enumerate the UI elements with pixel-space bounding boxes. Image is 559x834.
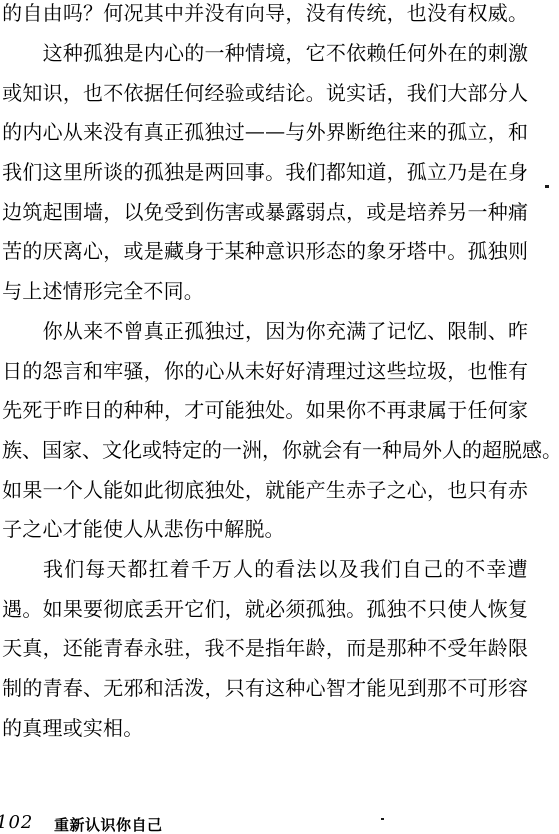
page-footer: 102 重新认识你自己 xyxy=(0,811,559,834)
text-line: 日的怨言和牢骚，你的心从未好好清理过这些垃圾，也惟有 xyxy=(2,349,528,389)
text-line: 遇。如果要彻底丢开它们，就必须孤独。孤独不只使人恢复 xyxy=(2,587,528,627)
book-page: 的自由吗？何况其中并没有向导，没有传统，也没有权威。 这种孤独是内心的一种情境，… xyxy=(0,0,559,834)
text-line: 我们这里所谈的孤独是两回事。我们都知道，孤立乃是在身 xyxy=(2,151,528,191)
text-line: 我们每天都扛着千万人的看法以及我们自己的不幸遭 xyxy=(2,548,528,588)
text-line: 的自由吗？何况其中并没有向导，没有传统，也没有权威。 xyxy=(2,0,528,32)
text-line: 的真理或实相。 xyxy=(2,706,528,746)
text-line: 与上述情形完全不同。 xyxy=(2,270,528,310)
text-line: 天真，还能青春永驻，我不是指年龄，而是那种不受年龄限 xyxy=(2,627,528,667)
text-line: 边筑起围墙，以免受到伤害或暴露弱点，或是培养另一种痛 xyxy=(2,190,528,230)
text-line: 苦的厌离心，或是藏身于某种意识形态的象牙塔中。孤独则 xyxy=(2,230,528,270)
text-line: 这种孤独是内心的一种情境，它不依赖任何外在的刺激 xyxy=(2,32,528,72)
body-text: 的自由吗？何况其中并没有向导，没有传统，也没有权威。 这种孤独是内心的一种情境，… xyxy=(2,0,528,746)
text-line: 族、国家、文化或特定的一洲，你就会有一种局外人的超脱感。 xyxy=(2,429,528,469)
text-line: 如果一个人能如此彻底独处，就能产生赤子之心，也只有赤 xyxy=(2,468,528,508)
text-line: 的内心从来没有真正孤独过——与外界断绝往来的孤立，和 xyxy=(2,111,528,151)
text-line: 先死于昨日的种种，才可能独处。如果你不再隶属于任何家 xyxy=(2,389,528,429)
scan-speck xyxy=(381,818,384,820)
scan-speck xyxy=(545,185,549,188)
book-title: 重新认识你自己 xyxy=(54,814,163,834)
page-number: 102 xyxy=(0,812,33,833)
text-line: 子之心才能使人从悲伤中解脱。 xyxy=(2,508,528,548)
text-line: 制的青春、无邪和活泼，只有这种心智才能见到那不可形容 xyxy=(2,667,528,707)
text-line: 你从来不曾真正孤独过，因为你充满了记忆、限制、昨 xyxy=(2,310,528,350)
text-line: 或知识，也不依据任何经验或结论。说实话，我们大部分人 xyxy=(2,71,528,111)
